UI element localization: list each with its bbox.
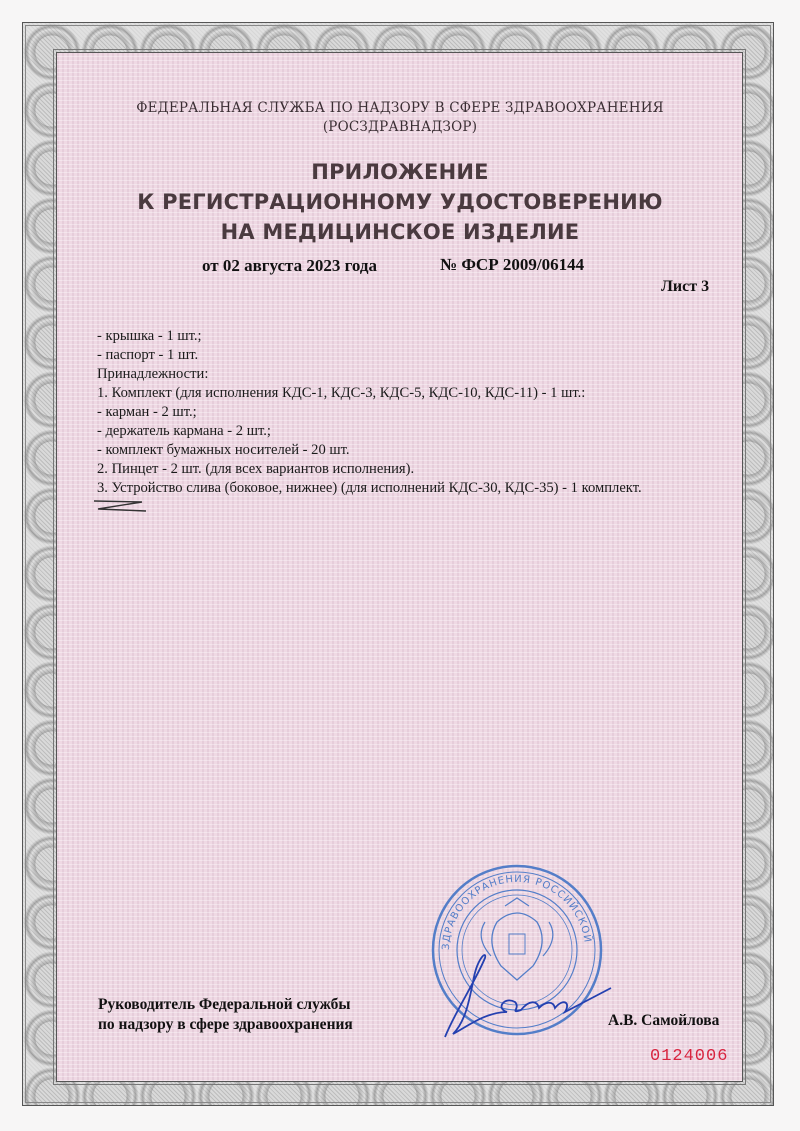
- document-body: - крышка - 1 шт.; - паспорт - 1 шт. Прин…: [97, 327, 642, 498]
- sheet-number: Лист 3: [661, 278, 709, 296]
- body-line: - комплект бумажных носителей - 20 шт.: [97, 441, 642, 460]
- body-line: - держатель кармана - 2 шт.;: [97, 422, 642, 441]
- document-title-line2: К РЕГИСТРАЦИОННОМУ УДОСТОВЕРЕНИЮ: [0, 187, 800, 217]
- signer-title-line2: по надзору в сфере здравоохранения: [98, 1015, 353, 1035]
- signer-title: Руководитель Федеральной службы по надзо…: [98, 995, 353, 1035]
- body-line: 1. Комплект (для исполнения КДС-1, КДС-3…: [97, 384, 642, 403]
- signer-name: А.В. Самойлова: [608, 1012, 719, 1030]
- issue-date: от 02 августа 2023 года: [202, 256, 377, 276]
- end-mark-icon: [90, 496, 150, 516]
- body-line: 3. Устройство слива (боковое, нижнее) (д…: [97, 479, 642, 498]
- serial-number: 0124006: [650, 1047, 728, 1066]
- body-line: - карман - 2 шт.;: [97, 403, 642, 422]
- body-line: Принадлежности:: [97, 365, 642, 384]
- document-title-line1: ПРИЛОЖЕНИЕ: [0, 157, 800, 187]
- body-line: - крышка - 1 шт.;: [97, 327, 642, 346]
- agency-name: ФЕДЕРАЛЬНАЯ СЛУЖБА ПО НАДЗОРУ В СФЕРЕ ЗД…: [0, 99, 800, 118]
- signer-title-line1: Руководитель Федеральной службы: [98, 995, 353, 1015]
- official-seal-icon: ЗДРАВООХРАНЕНИЯ РОССИЙСКОЙ: [425, 862, 625, 1052]
- registration-number: № ФСР 2009/06144: [440, 255, 584, 275]
- body-line: - паспорт - 1 шт.: [97, 346, 642, 365]
- document-title-line3: НА МЕДИЦИНСКОЕ ИЗДЕЛИЕ: [0, 217, 800, 247]
- agency-abbreviation: (РОСЗДРАВНАДЗОР): [0, 118, 800, 137]
- body-line: 2. Пинцет - 2 шт. (для всех вариантов ис…: [97, 460, 642, 479]
